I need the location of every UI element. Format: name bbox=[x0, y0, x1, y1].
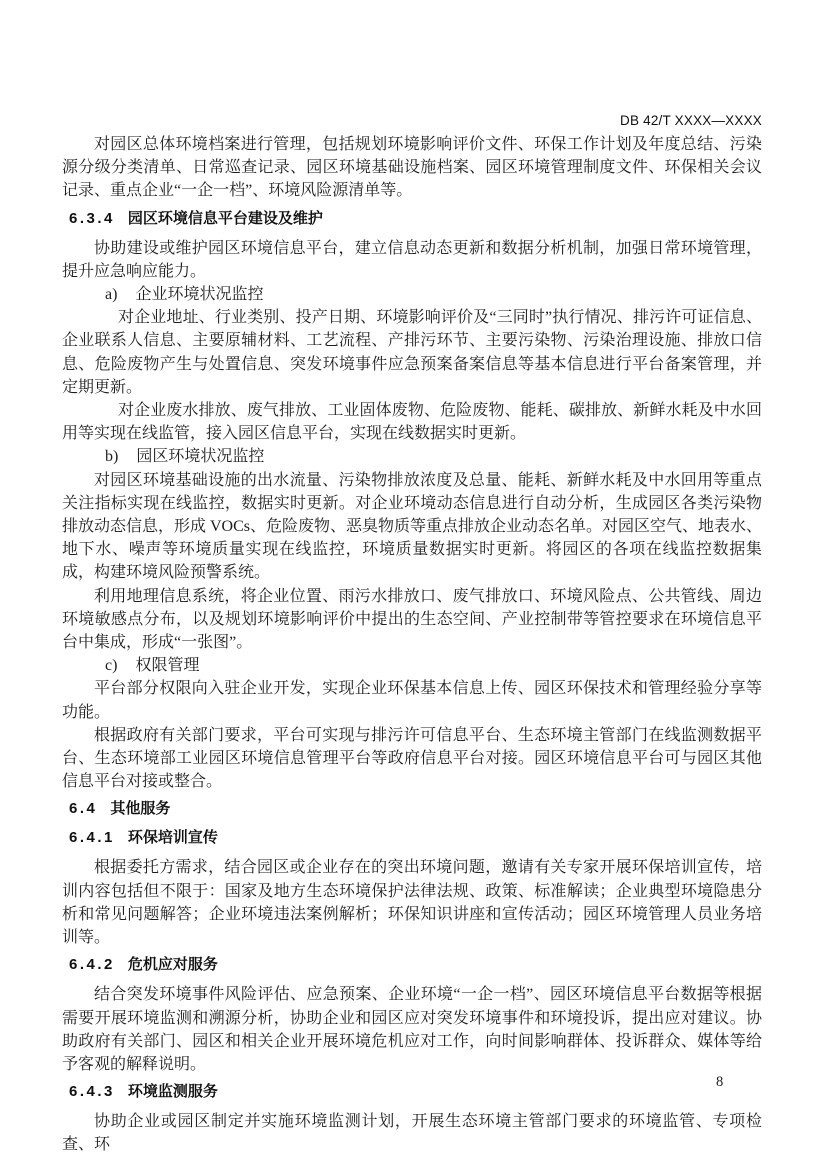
paragraph-platform-integration: 根据政府有关部门要求，平台可实现与排污许可信息平台、生态环境主管部门在线监测数据… bbox=[62, 724, 762, 794]
list-item-c: c)权限管理 bbox=[62, 654, 762, 677]
clause-heading-6-4-3: 6.4.3环境监测服务 bbox=[62, 1081, 762, 1102]
paragraph-park-monitoring: 对园区环境基础设施的出水流量、污染物排放浓度及总量、能耗、新鲜水耗及中水回用等重… bbox=[62, 469, 762, 585]
clause-title-6-3-4: 园区环境信息平台建设及维护 bbox=[128, 210, 323, 227]
paragraph-enterprise-online-monitoring: 对企业废水排放、废气排放、工业固体废物、危险废物、能耗、碳排放、新鲜水耗及中水回… bbox=[62, 399, 762, 445]
list-item-b-title: 园区环境状况监控 bbox=[136, 448, 264, 465]
clause-number-6-4-3: 6.4.3 bbox=[69, 1083, 115, 1100]
clause-heading-6-3-4: 6.3.4园区环境信息平台建设及维护 bbox=[62, 208, 762, 229]
clause-title-6-4-1: 环保培训宣传 bbox=[128, 829, 218, 846]
clause-heading-6-4: 6.4其他服务 bbox=[62, 798, 762, 819]
list-item-a-title: 企业环境状况监控 bbox=[135, 286, 263, 303]
paragraph-enterprise-basic-info: 对企业地址、行业类别、投产日期、环境影响评价及“三同时”执行情况、排污许可证信息… bbox=[62, 306, 762, 399]
clause-number-6-4-2: 6.4.2 bbox=[69, 956, 115, 973]
list-item-c-title: 权限管理 bbox=[135, 657, 199, 674]
list-item-b-label: b) bbox=[105, 448, 118, 465]
document-code-header: DB 42/T XXXX—XXXX bbox=[62, 112, 762, 129]
paragraph-archive-management: 对园区总体环境档案进行管理，包括规划环境影响评价文件、环保工作计划及年度总结、污… bbox=[62, 133, 762, 203]
clause-heading-6-4-2: 6.4.2危机应对服务 bbox=[62, 954, 762, 975]
paragraph-gis-one-map: 利用地理信息系统，将企业位置、雨污水排放口、废气排放口、环境风险点、公共管线、周… bbox=[62, 585, 762, 655]
paragraph-monitoring-service: 协助企业或园区制定并实施环境监测计划，开展生态环境主管部门要求的环境监管、专项检… bbox=[62, 1110, 762, 1156]
document-page: DB 42/T XXXX—XXXX 对园区总体环境档案进行管理，包括规划环境影响… bbox=[0, 0, 826, 1169]
list-item-b: b)园区环境状况监控 bbox=[62, 445, 762, 468]
paragraph-permission-open: 平台部分权限向入驻企业开发，实现企业环保基本信息上传、园区环保技术和管理经验分享… bbox=[62, 677, 762, 723]
clause-title-6-4-3: 环境监测服务 bbox=[128, 1083, 218, 1100]
page-content: DB 42/T XXXX—XXXX 对园区总体环境档案进行管理，包括规划环境影响… bbox=[62, 112, 762, 1157]
clause-heading-6-4-1: 6.4.1环保培训宣传 bbox=[62, 827, 762, 848]
paragraph-training-publicity: 根据委托方需求，结合园区或企业存在的突出环境问题，邀请有关专家开展环保培训宣传，… bbox=[62, 856, 762, 949]
list-item-c-label: c) bbox=[105, 657, 117, 674]
list-item-a: a)企业环境状况监控 bbox=[62, 283, 762, 306]
clause-number-6-4-1: 6.4.1 bbox=[69, 829, 115, 846]
list-item-a-label: a) bbox=[105, 286, 117, 303]
paragraph-platform-intro: 协助建设或维护园区环境信息平台，建立信息动态更新和数据分析机制，加强日常环境管理… bbox=[62, 237, 762, 283]
paragraph-crisis-response: 结合突发环境事件风险评估、应急预案、企业环境“一企一档”、园区环境信息平台数据等… bbox=[62, 983, 762, 1076]
clause-number-6-4: 6.4 bbox=[69, 800, 97, 817]
clause-number-6-3-4: 6.3.4 bbox=[69, 210, 115, 227]
page-number: 8 bbox=[716, 1074, 723, 1091]
clause-title-6-4: 其他服务 bbox=[110, 800, 170, 817]
clause-title-6-4-2: 危机应对服务 bbox=[128, 956, 218, 973]
